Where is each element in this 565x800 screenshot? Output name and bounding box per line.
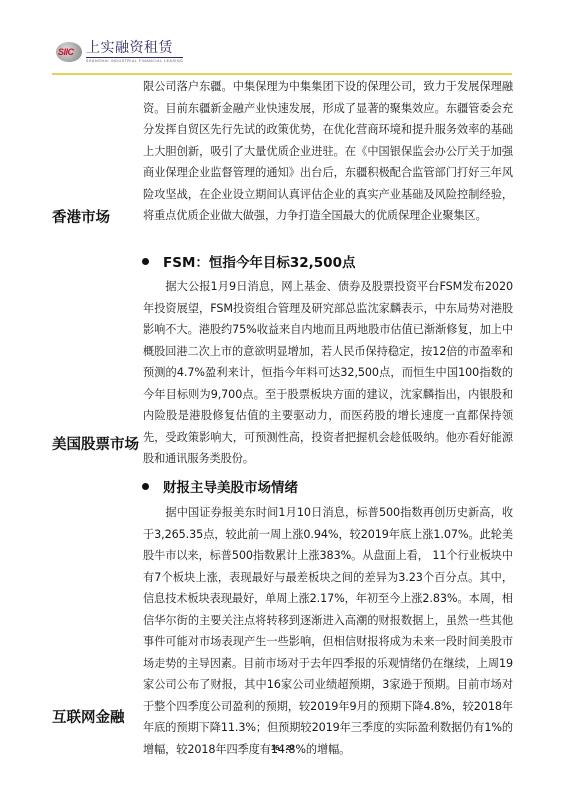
section-heading-internet-finance: 互联网金融 <box>52 706 125 727</box>
bullet-icon <box>142 258 149 265</box>
hong-kong-paragraph: 据大公报1月9日消息，网上基金、债券及股票投资平台FSM发布2020年投资展望，… <box>143 276 513 470</box>
logo-mark-text: SIIC <box>58 47 74 57</box>
company-name-cn: 上实融资租赁 <box>86 41 183 58</box>
intro-paragraph: 限公司落户东疆。中集保理为中集集团下设的保理公司，致力于发展保理融资。目前东疆新… <box>143 76 513 227</box>
logo-text: 上实融资租赁 SHANGHAI INDUSTRIAL FINANCIAL LEA… <box>86 41 183 64</box>
us-stocks-paragraph-block: 据中国证券报美东时间1月10日消息，标普500指数再创历史新高，收于3,265.… <box>143 502 513 760</box>
us-stocks-paragraph: 据中国证券报美东时间1月10日消息，标普500指数再创历史新高，收于3,265.… <box>143 502 513 760</box>
subheading-us-stocks-text: 财报主导美股市场情绪 <box>163 476 298 496</box>
company-name-en: SHANGHAI INDUSTRIAL FINANCIAL LEASING <box>86 59 183 64</box>
hong-kong-paragraph-block: 据大公报1月9日消息，网上基金、债券及股票投资平台FSM发布2020年投资展望，… <box>143 276 513 470</box>
header-divider <box>52 73 512 75</box>
subheading-hong-kong-text: FSM：恒指今年目标32,500点 <box>163 251 355 271</box>
intro-paragraph-block: 限公司落户东疆。中集保理为中集集团下设的保理公司，致力于发展保理融资。目前东疆新… <box>143 76 513 227</box>
section-heading-hong-kong: 香港市场 <box>52 206 110 227</box>
page-number: 16 / 20 <box>0 743 565 752</box>
bullet-icon <box>142 483 149 490</box>
subheading-us-stocks: 财报主导美股市场情绪 <box>142 476 298 496</box>
company-logo-icon: SIIC <box>56 42 82 62</box>
subheading-hong-kong: FSM：恒指今年目标32,500点 <box>142 251 355 271</box>
document-header: SIIC 上实融资租赁 SHANGHAI INDUSTRIAL FINANCIA… <box>56 40 183 64</box>
section-heading-us-stocks: 美国股票市场 <box>52 433 139 454</box>
